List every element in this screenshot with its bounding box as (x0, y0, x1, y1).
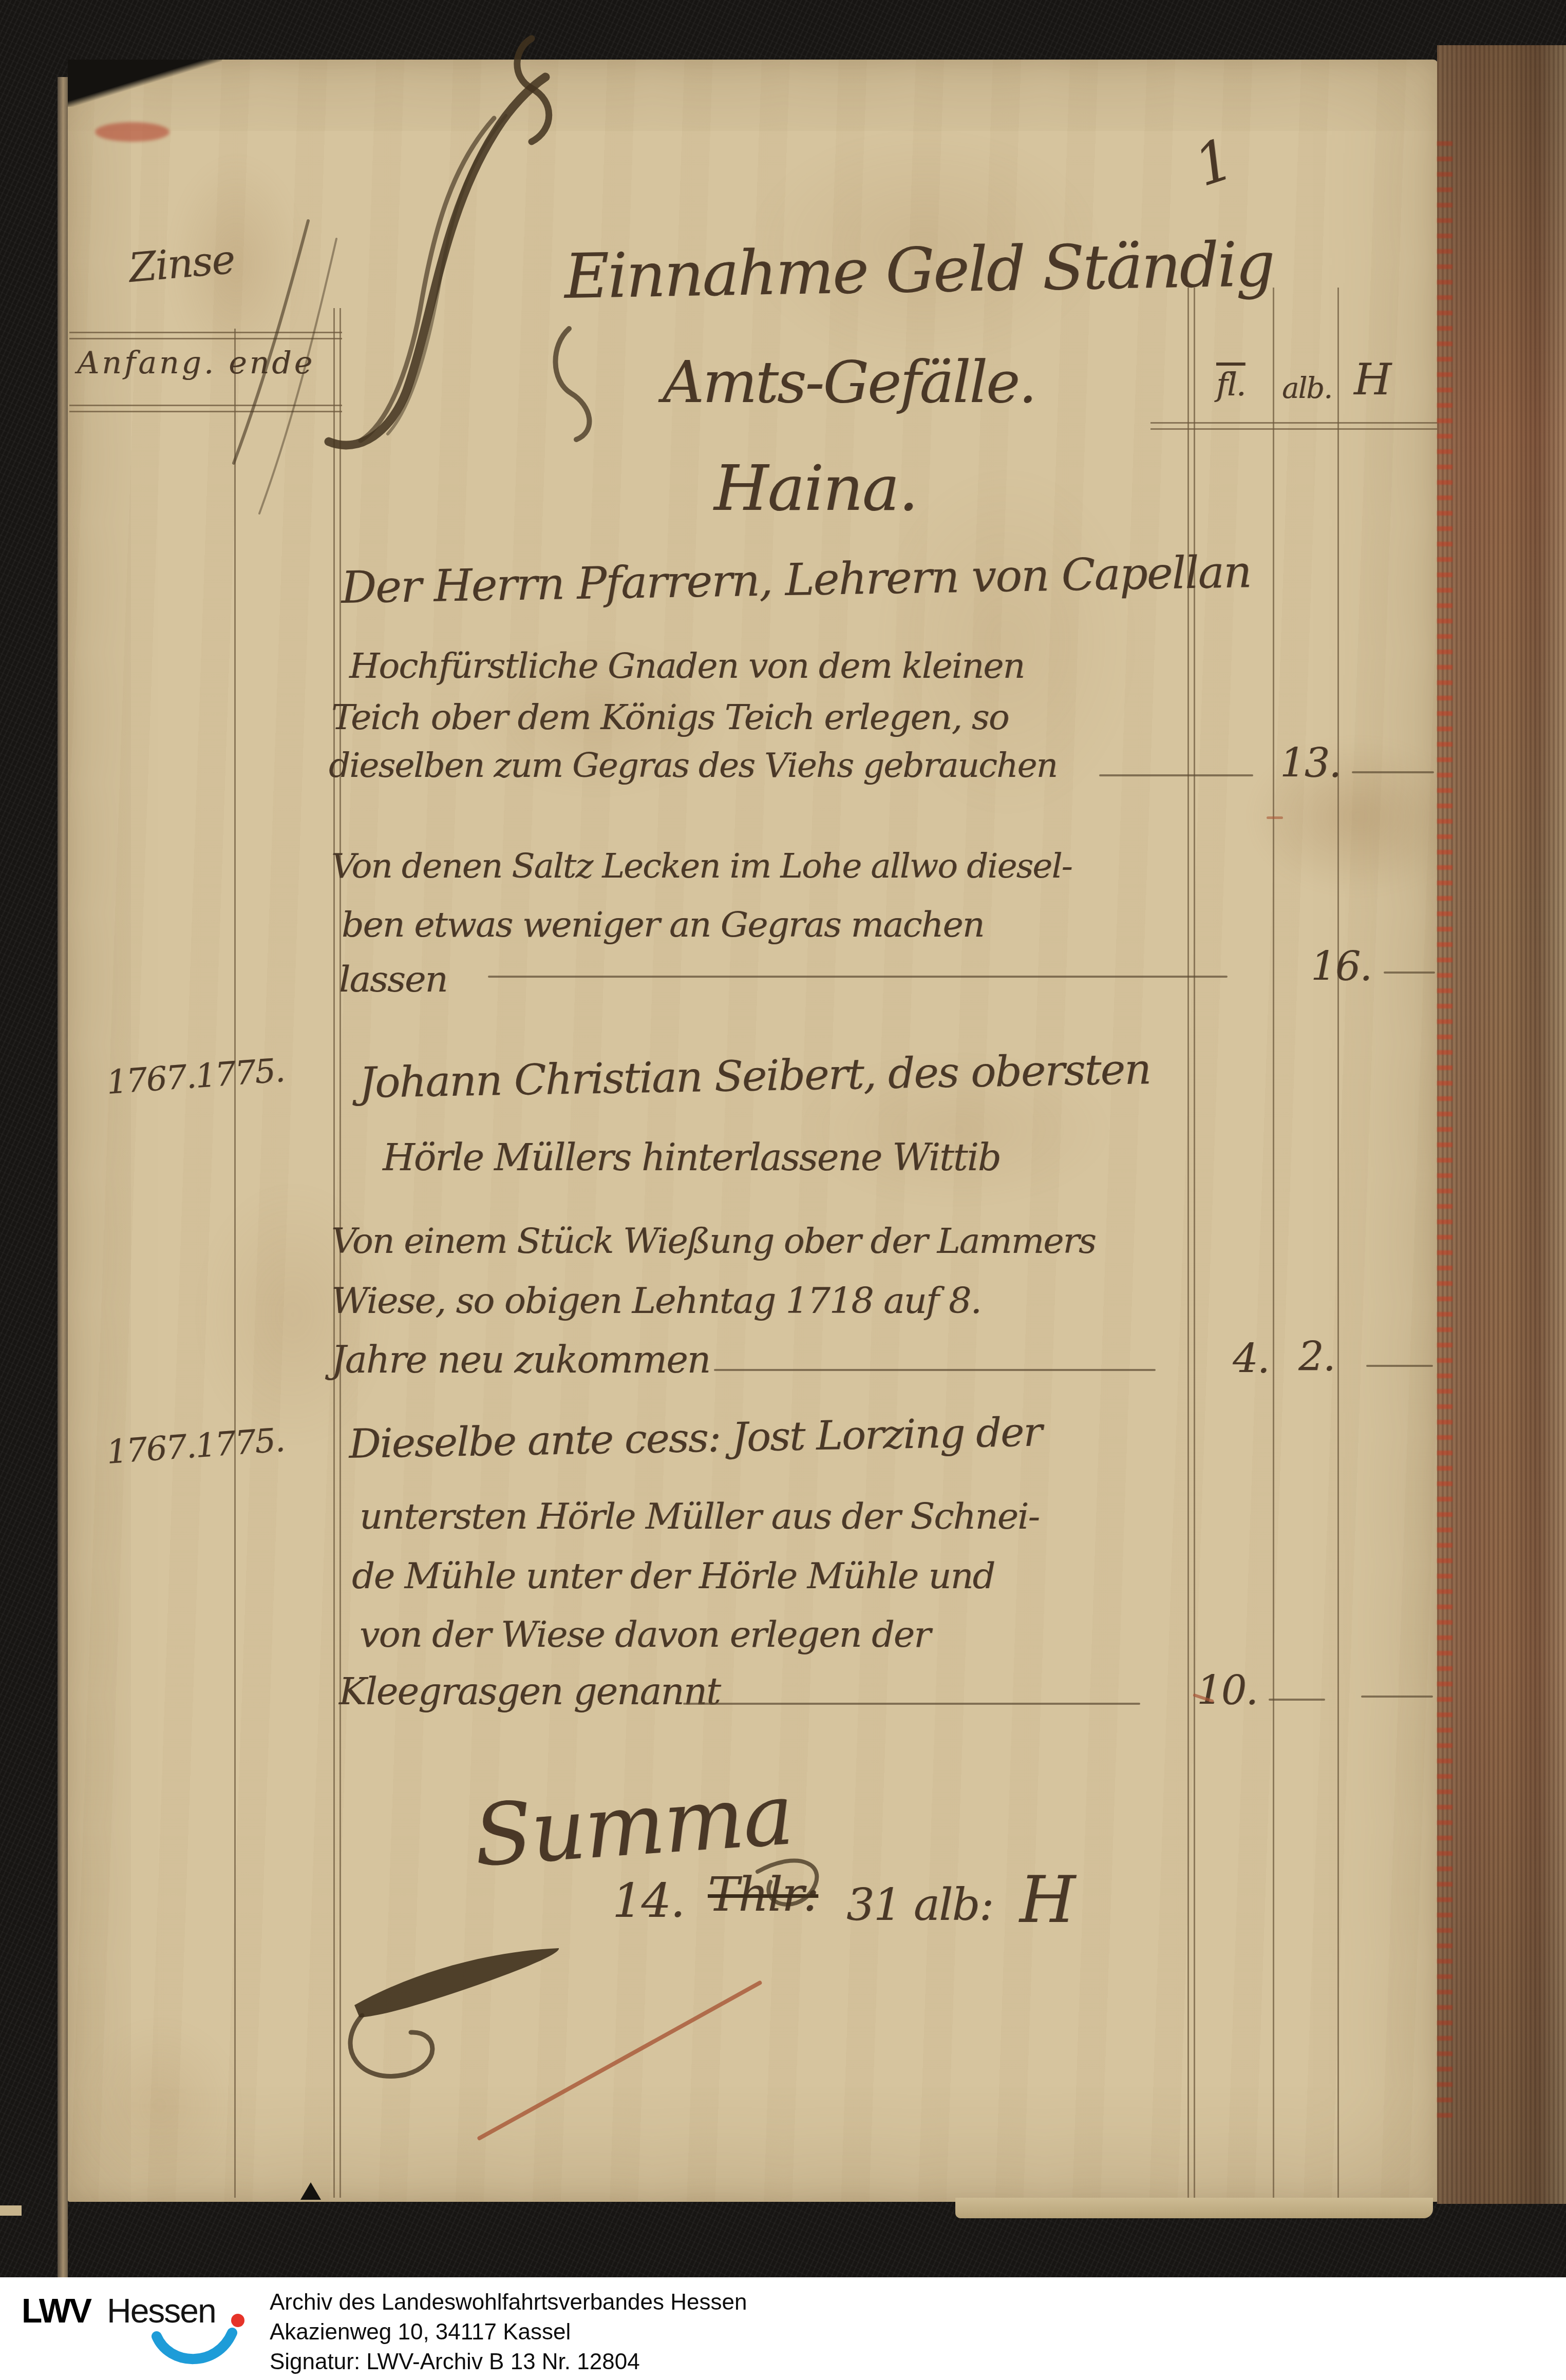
table-rule-horizontal (69, 338, 342, 339)
margin-header-box: Anfang. ende (77, 345, 315, 381)
fill-dash (1366, 1365, 1433, 1367)
amount-albus: 13. (1280, 740, 1341, 787)
manuscript-line: Kleegrasgen genannt (339, 1670, 720, 1713)
archive-footer: LWV Hessen Archiv des Landeswohlfahrtsve… (0, 2277, 1566, 2380)
column-header-heller: H (1354, 354, 1390, 405)
fill-dash (683, 1703, 1140, 1705)
archive-name: Archiv des Landeswohlfahrtsverbandes Hes… (270, 2291, 747, 2314)
fill-dash (1384, 972, 1435, 974)
amount-albus: 2. (1298, 1334, 1334, 1380)
hessen-logo-text: Hessen (107, 2291, 216, 2330)
amount-albus: 16. (1311, 944, 1371, 990)
manuscript-line: Von denen Saltz Lecken im Lohe allwo die… (331, 846, 1072, 886)
page-corner-sliver (0, 2205, 22, 2216)
table-rule-horizontal (1150, 422, 1438, 424)
page-bottom-edge (955, 2198, 1433, 2218)
manuscript-line: Wiese, so obigen Lehntag 1718 auf 8. (331, 1280, 981, 1322)
table-rule-horizontal (69, 332, 342, 333)
manuscript-line: Hochfürstliche Gnaden von dem kleinen (349, 646, 1024, 687)
red-tick (1267, 816, 1283, 819)
summa-struck-word: Thlr: (708, 1867, 818, 1922)
lwv-logo-text: LWV (22, 2291, 90, 2330)
table-rule-horizontal (69, 411, 342, 412)
red-smudge (95, 122, 169, 142)
table-rule-horizontal (1150, 428, 1438, 430)
fill-dash (1099, 774, 1253, 776)
amount-florin: 4. (1233, 1336, 1269, 1382)
logo-red-dot-icon (231, 2314, 244, 2327)
manuscript-line: dieselben zum Gegras des Viehs gebrauche… (329, 746, 1057, 785)
book-fore-edge (1437, 45, 1566, 2204)
fill-dash (714, 1369, 1156, 1371)
page-corner-curl (68, 60, 222, 107)
manuscript-line: Jahre neu zukommen (331, 1338, 710, 1381)
table-rule-vertical (1337, 288, 1339, 2198)
manuscript-line: Von einem Stück Wießung ober der Lammers (331, 1221, 1096, 1262)
manuscript-line: de Mühle unter der Hörle Mühle und (352, 1555, 994, 1597)
page-title-line2: Amts-Gefälle. (663, 349, 1035, 416)
archive-address: Akazienweg 10, 34117 Kassel (270, 2321, 571, 2344)
manuscript-line: lassen (339, 958, 447, 1000)
page-title-line1: Einnahme Geld Ständig (564, 229, 1274, 313)
fill-dash (1269, 1699, 1325, 1701)
table-rule-vertical (234, 329, 236, 2198)
summa-amount-heller: H (1020, 1863, 1074, 1937)
manuscript-line: Teich ober dem Königs Teich erlegen, so (331, 697, 1009, 738)
manuscript-line: Hörle Müllers hinterlassene Wittib (383, 1136, 1001, 1179)
fill-dash (488, 976, 1228, 978)
archive-signature: Signatur: LWV-Archiv B 13 Nr. 12804 (270, 2351, 640, 2373)
summa-amount-florin: 14. (612, 1873, 684, 1928)
page-stack-edge (58, 77, 68, 2277)
page-title-line3: Haina. (714, 452, 917, 525)
manuscript-line: von der Wiese davon erlegen der (360, 1613, 930, 1655)
column-header-florin: fl. (1216, 366, 1245, 403)
ink-stain (77, 2018, 241, 2193)
fill-dash (1352, 771, 1434, 773)
manuscript-line: untersten Hörle Müller aus der Schnei- (360, 1495, 1039, 1537)
manuscript-line: ben etwas weniger an Gegras machen (342, 905, 984, 945)
page-tear-notch (300, 2182, 321, 2200)
logo-swoosh-icon (0, 2277, 1566, 2380)
amount-florin: 10. (1197, 1668, 1257, 1714)
column-header-albus: alb. (1282, 372, 1332, 405)
margin-header: Zinse (127, 236, 236, 292)
fill-dash (1361, 1696, 1433, 1698)
archive-scan: 1 Zinse Anfang. ende Einnahme Geld Ständ… (0, 0, 1566, 2380)
summa-amount-albus: 31 alb: (846, 1879, 993, 1931)
table-rule-vertical (1273, 288, 1274, 2198)
table-rule-horizontal (69, 405, 342, 406)
